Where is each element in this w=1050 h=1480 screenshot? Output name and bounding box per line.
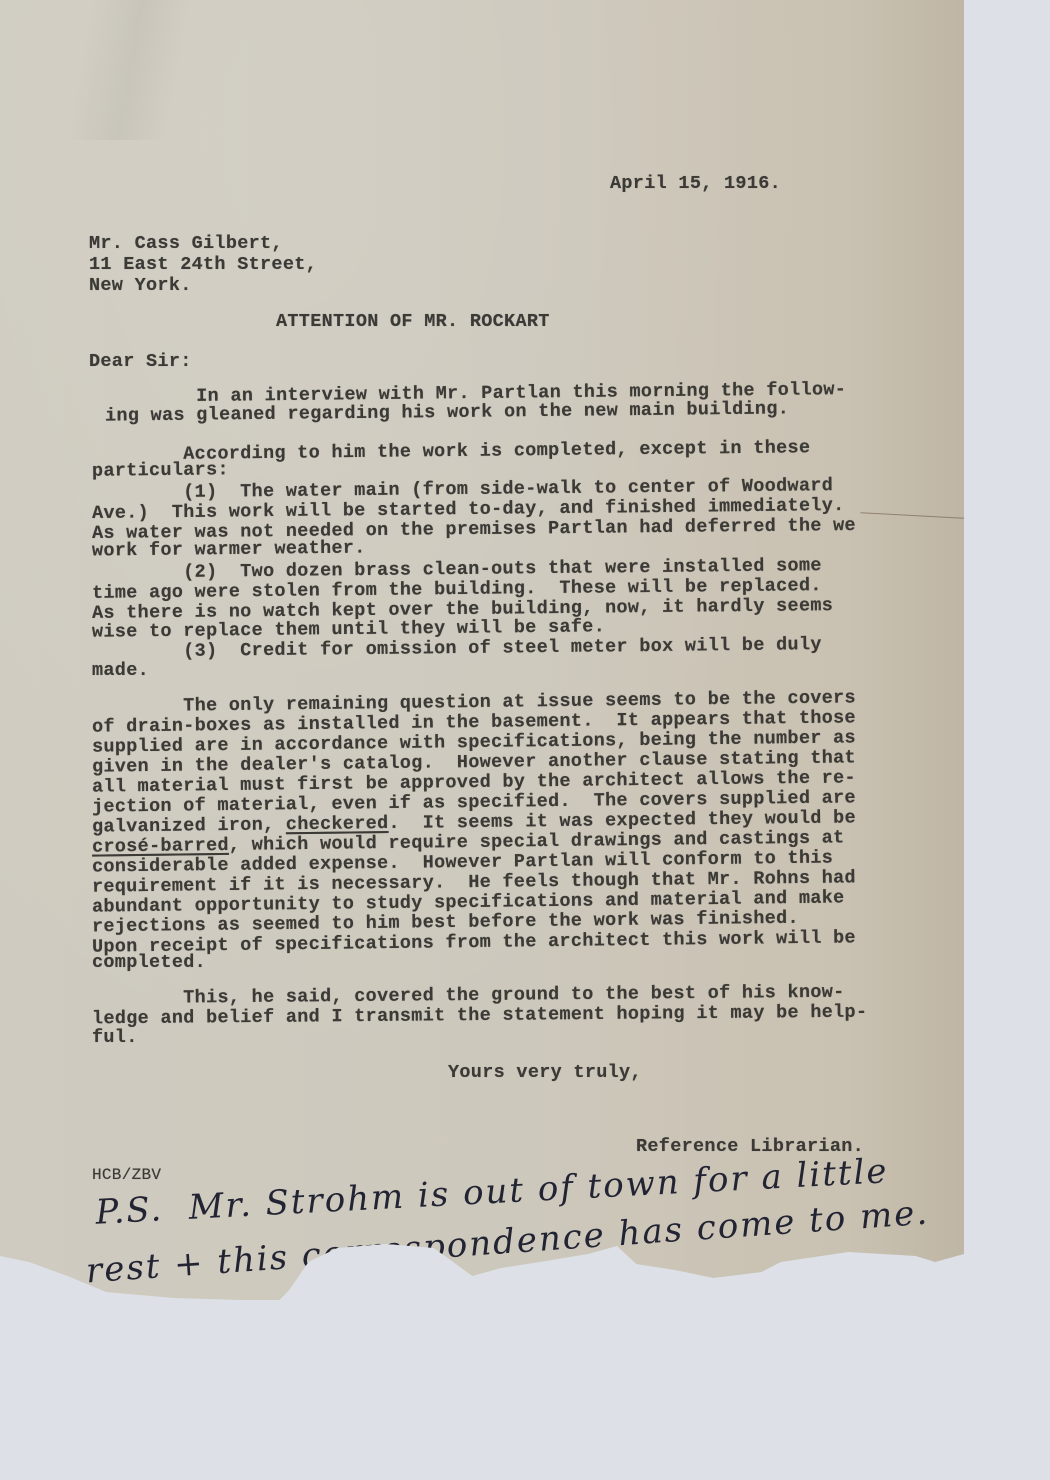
typist-initials: HCB/ZBV [92,1166,161,1185]
paper-fold-shadow [60,0,200,140]
salutation: Dear Sir: [89,352,192,371]
paragraph-4-line-2: ledge and belief and I transmit the stat… [92,1003,867,1029]
paragraph-3-line-14: completed. [92,953,206,972]
recipient-name: Mr. Cass Gilbert, [89,234,283,253]
item-1-line-4: work for warmer weather. [92,539,366,561]
letter-date: April 15, 1916. [610,174,781,193]
recipient-street: 11 East 24th Street, [89,255,317,274]
paragraph-4-line-3: ful. [92,1028,138,1047]
underlined-word-checkered: checkered [286,813,389,835]
letter-paper: April 15, 1916. Mr. Cass Gilbert, 11 Eas… [0,0,964,1300]
recipient-city: New York. [89,276,192,295]
paragraph-2-line-2: particulars: [92,460,229,480]
item-3-line-2: made. [92,661,149,680]
closing: Yours very truly, [448,1063,642,1082]
signature-title: Reference Librarian. [636,1137,864,1156]
paper-crease [860,512,966,532]
attention-line: ATTENTION OF MR. ROCKART [276,312,550,331]
